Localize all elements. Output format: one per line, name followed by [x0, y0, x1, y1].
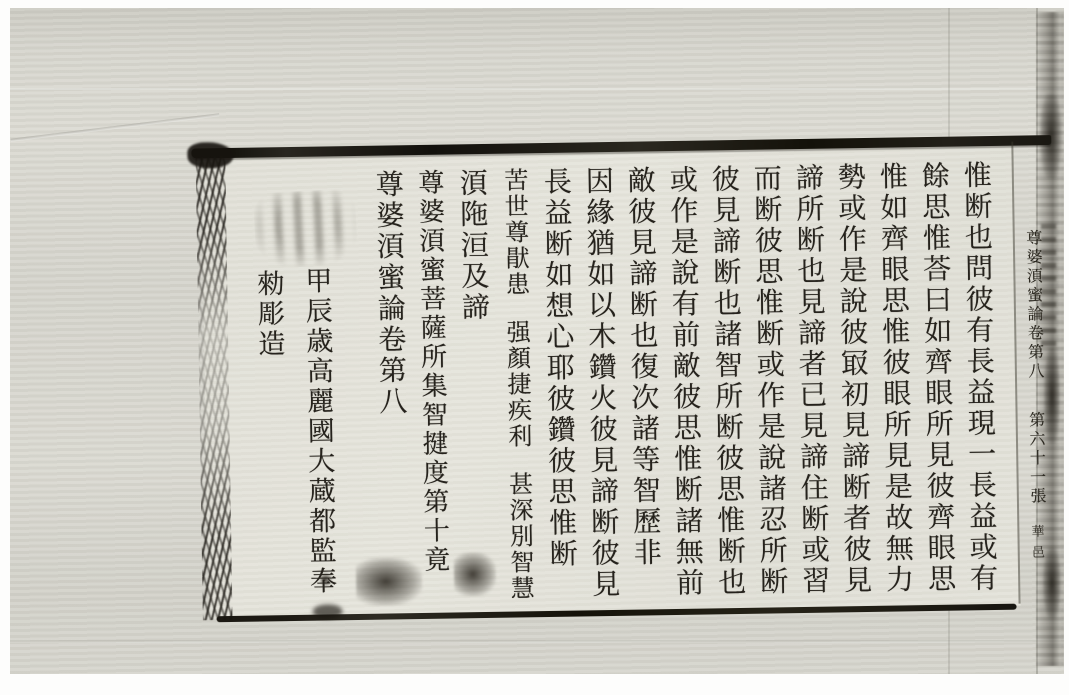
margin-scroll-title: 尊婆湏蜜論卷第八 — [1024, 229, 1043, 381]
text-column-5: 諦所断也見諦者已見諦住断或習 — [786, 163, 835, 604]
text-column-4: 勢或作是說彼冣初見諦断者彼見 — [828, 162, 877, 603]
verse-line-1: 苦世尊猒患 — [500, 167, 528, 297]
short-column: 湏陁洹及諦 — [450, 168, 499, 609]
text-column-2: 餘思惟荅曰如齊眼所見彼齊眼思 — [912, 161, 961, 602]
margin-case-mark-lower: 邑 — [1030, 545, 1045, 561]
paper-background: 惟断也問彼有長益現一長益或有 餘思惟荅曰如齊眼所見彼齊眼思 惟如齊眼思惟彼眼所見… — [10, 8, 1064, 674]
text-column-11: 長益断如想心耶彼鑽彼思惟断 — [534, 167, 583, 608]
text-column-10: 因緣猶如以木鑽火彼見諦断彼見 — [576, 166, 625, 607]
colophon-edict-column: 勑彫造 — [246, 171, 295, 612]
text-column-6: 而断彼思惟断或作是說諸忍所断 — [744, 163, 793, 604]
chapter-end-column: 尊婆湏蜜菩薩所集智揵度第十竟 — [408, 169, 457, 610]
text-column-8: 或作是說有前敵彼思惟断諸無前 — [660, 165, 709, 606]
text-column-1: 惟断也問彼有長益現一長益或有 — [954, 160, 1003, 601]
text-grid: 惟断也問彼有長益現一長益或有 餘思惟荅曰如齊眼所見彼齊眼思 惟如齊眼思惟彼眼所見… — [236, 160, 1003, 612]
text-column-3: 惟如齊眼思惟彼眼所見是故無力 — [870, 161, 919, 602]
paper-crease — [11, 113, 220, 142]
text-column-7: 彼見諦断也諸智所断彼思惟断也 — [702, 164, 751, 605]
block-border-left-hatched — [195, 156, 232, 620]
text-column-9: 敵彼見諦断也復次諸等智歷非 — [618, 165, 667, 606]
verse-column: 苦世尊猒患强顏捷疾利甚深別智慧 — [492, 167, 541, 608]
margin-sheet-number: 第六十一張 — [1027, 411, 1045, 506]
colophon-date-column: 甲辰歳高麗國大蔵都監奉 — [294, 170, 343, 611]
verse-line-2: 强顏捷疾利 — [502, 319, 530, 449]
paper-crease — [10, 640, 1064, 643]
margin-case-mark-upper: 華 — [1029, 524, 1044, 539]
printed-text-block: 惟断也問彼有長益現一長益或有 餘思惟荅曰如齊眼所見彼齊眼思 惟如齊眼思惟彼眼所見… — [201, 144, 1020, 619]
paper-crease — [10, 88, 1064, 90]
block-border-right — [1011, 142, 1020, 604]
scroll-end-column: 尊婆湏蜜論卷第八 — [366, 169, 415, 610]
verse-line-3: 甚深別智慧 — [504, 471, 532, 601]
block-border-top — [191, 135, 1051, 159]
